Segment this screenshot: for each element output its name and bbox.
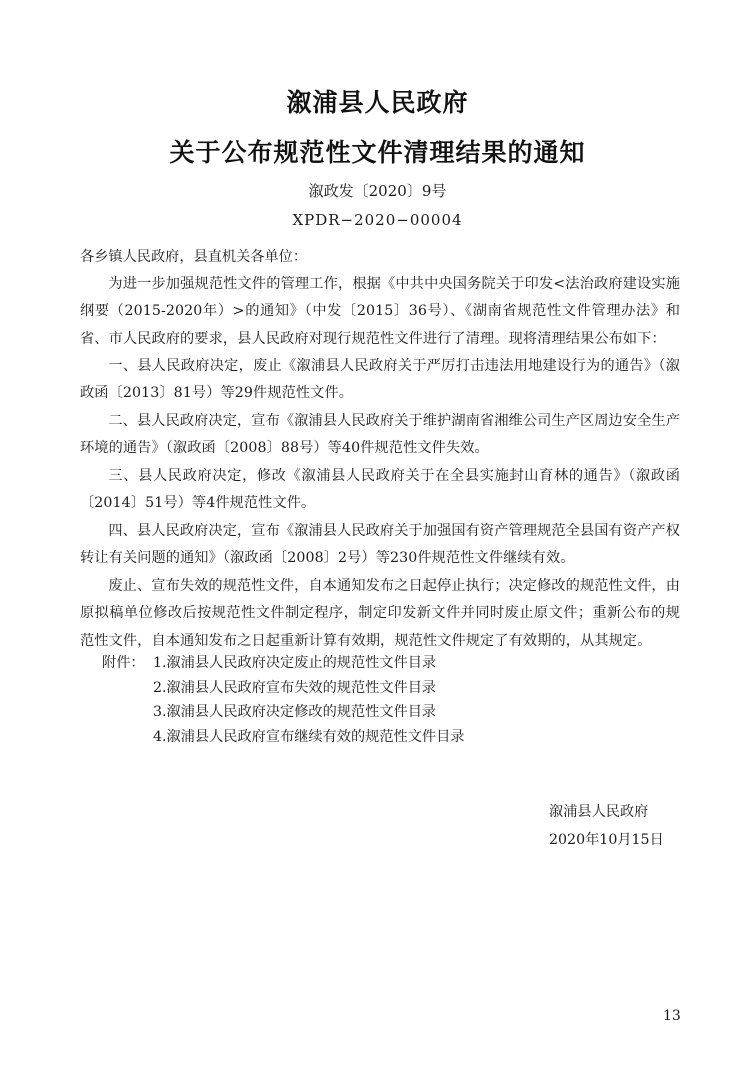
attachment-item: 2.溆浦县人民政府宣布失效的规范性文件目录 [102, 676, 464, 701]
attachment-title: 4.溆浦县人民政府宣布继续有效的规范性文件目录 [153, 729, 464, 745]
signature-date: 2020年10月15日 [549, 826, 664, 854]
attachment-title: 1.溆浦县人民政府决定废止的规范性文件目录 [153, 655, 436, 671]
document-number: 溆政发〔2020〕9号 [0, 180, 755, 201]
document-title-issuer: 溆浦县人民政府 [0, 83, 755, 119]
salutation: 各乡镇人民政府，县直机关各单位： [80, 244, 307, 271]
attachment-item: 4.溆浦县人民政府宣布继续有效的规范性文件目录 [102, 725, 464, 750]
page-number: 13 [663, 1008, 681, 1024]
attachment-title: 3.溆浦县人民政府决定修改的规范性文件目录 [153, 704, 436, 720]
paragraph-intro: 为进一步加强规范性文件的管理工作，根据《中共中央国务院关于印发<法治政府建设实施… [80, 271, 680, 353]
attachments-label: 附件： [102, 651, 153, 676]
paragraph-item-3: 三、县人民政府决定，修改《溆浦县人民政府关于在全县实施封山育林的通告》（溆政函〔… [80, 463, 680, 518]
attachments-list: 附件：1.溆浦县人民政府决定废止的规范性文件目录 2.溆浦县人民政府宣布失效的规… [102, 651, 464, 749]
attachment-item: 附件：1.溆浦县人民政府决定废止的规范性文件目录 [102, 651, 464, 676]
paragraph-item-4: 四、县人民政府决定，宣布《溆浦县人民政府关于加强国有资产管理规范全县国有资产产权… [80, 518, 680, 573]
paragraph-item-2: 二、县人民政府决定，宣布《溆浦县人民政府关于维护湖南省湘维公司生产区周边安全生产… [80, 408, 680, 463]
attachment-title: 2.溆浦县人民政府宣布失效的规范性文件目录 [153, 680, 436, 696]
signature-org: 溆浦县人民政府 [549, 798, 664, 826]
paragraph-closing: 废止、宣布失效的规范性文件，自本通知发布之日起停止执行；决定修改的规范性文件，由… [80, 573, 680, 655]
document-title-subject: 关于公布规范性文件清理结果的通知 [0, 133, 755, 169]
signature-block: 溆浦县人民政府 2020年10月15日 [549, 798, 664, 854]
registration-number: XPDR−2020−00004 [0, 211, 755, 229]
attachment-item: 3.溆浦县人民政府决定修改的规范性文件目录 [102, 700, 464, 725]
paragraph-item-1: 一、县人民政府决定，废止《溆浦县人民政府关于严厉打击违法用地建设行为的通告》（溆… [80, 353, 680, 408]
